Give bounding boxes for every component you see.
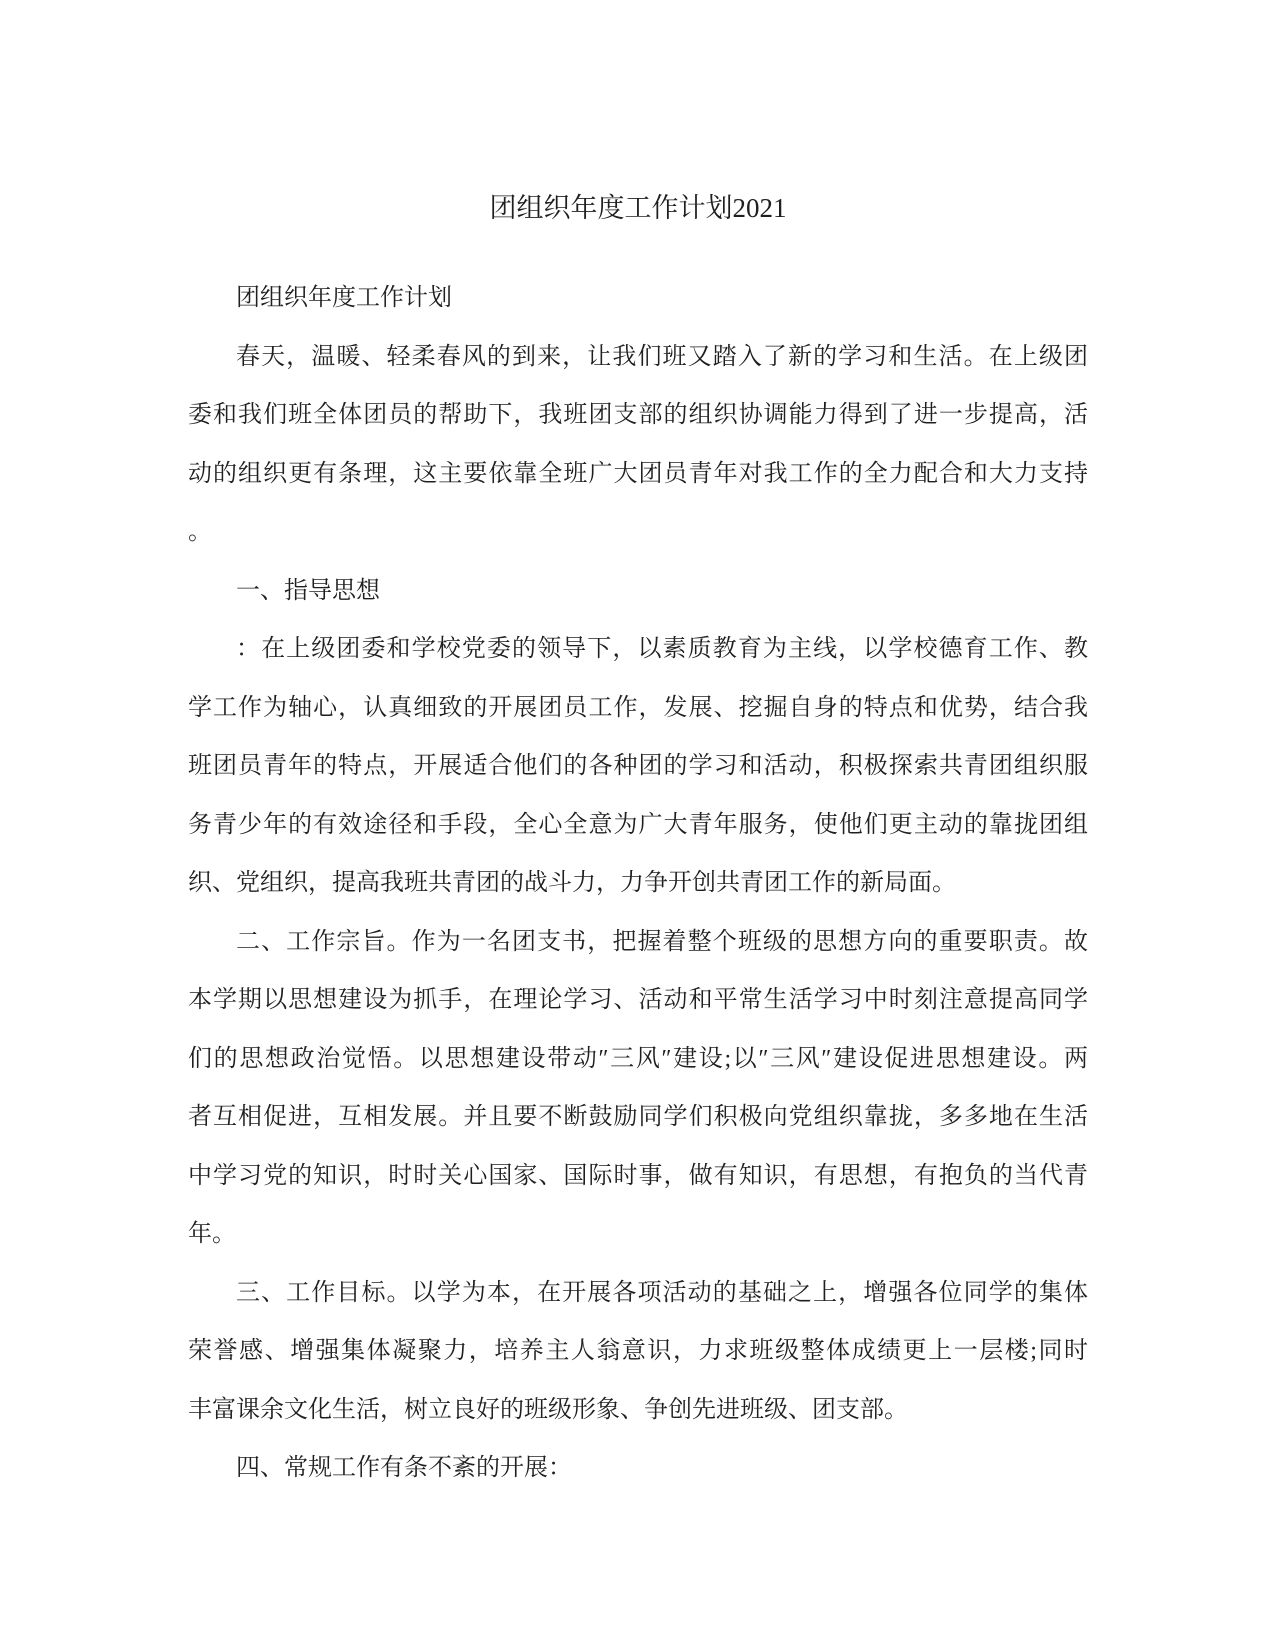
- paragraph: 三、工作目标。以学为本，在开展各项活动的基础之上，增强各位同学的集体荣誉感、增强…: [188, 1264, 1088, 1440]
- paragraph: 四、常规工作有条不紊的开展：: [188, 1439, 1088, 1498]
- text-line: 委和我们班全体团员的帮助下，我班团支部的组织协调能力得到了进一步提高，活: [188, 386, 1088, 445]
- paragraph: 春天，温暖、轻柔春风的到来，让我们班又踏入了新的学习和生活。在上级团委和我们班全…: [188, 328, 1088, 562]
- text-line: 二、工作宗旨。作为一名团支书，把握着整个班级的思想方向的重要职责。故: [188, 913, 1088, 972]
- paragraph: 一、指导思想: [188, 562, 1088, 621]
- text-line: 者互相促进，互相发展。并且要不断鼓励同学们积极向党组织靠拢，多多地在生活: [188, 1088, 1088, 1147]
- text-line: 。: [188, 503, 1088, 562]
- document-body: 团组织年度工作计划春天，温暖、轻柔春风的到来，让我们班又踏入了新的学习和生活。在…: [188, 269, 1088, 1498]
- document-title: 团组织年度工作计划2021: [188, 179, 1088, 237]
- text-line: 年。: [188, 1205, 1088, 1264]
- text-line: ：在上级团委和学校党委的领导下，以素质教育为主线，以学校德育工作、教: [188, 620, 1088, 679]
- text-line: 班团员青年的特点，开展适合他们的各种团的学习和活动，积极探索共青团组织服: [188, 737, 1088, 796]
- text-line: 丰富课余文化生活，树立良好的班级形象、争创先进班级、团支部。: [188, 1381, 1088, 1440]
- text-line: 团组织年度工作计划: [188, 269, 1088, 328]
- text-line: 学工作为轴心，认真细致的开展团员工作，发展、挖掘自身的特点和优势，结合我: [188, 679, 1088, 738]
- paragraph: ：在上级团委和学校党委的领导下，以素质教育为主线，以学校德育工作、教学工作为轴心…: [188, 620, 1088, 913]
- document-page: 团组织年度工作计划2021 团组织年度工作计划春天，温暖、轻柔春风的到来，让我们…: [0, 0, 1275, 1650]
- text-line: 本学期以思想建设为抓手，在理论学习、活动和平常生活学习中时刻注意提高同学: [188, 971, 1088, 1030]
- text-line: 动的组织更有条理，这主要依靠全班广大团员青年对我工作的全力配合和大力支持: [188, 445, 1088, 504]
- text-line: 们的思想政治觉悟。以思想建设带动″三风″建设;以″三风″建设促进思想建设。两: [188, 1030, 1088, 1089]
- text-line: 三、工作目标。以学为本，在开展各项活动的基础之上，增强各位同学的集体: [188, 1264, 1088, 1323]
- paragraph: 二、工作宗旨。作为一名团支书，把握着整个班级的思想方向的重要职责。故本学期以思想…: [188, 913, 1088, 1264]
- text-line: 织、党组织，提高我班共青团的战斗力，力争开创共青团工作的新局面。: [188, 854, 1088, 913]
- text-line: 一、指导思想: [188, 562, 1088, 621]
- text-line: 中学习党的知识，时时关心国家、国际时事，做有知识，有思想，有抱负的当代青: [188, 1147, 1088, 1206]
- text-line: 荣誉感、增强集体凝聚力，培养主人翁意识，力求班级整体成绩更上一层楼;同时: [188, 1322, 1088, 1381]
- document-content: 团组织年度工作计划2021 团组织年度工作计划春天，温暖、轻柔春风的到来，让我们…: [188, 179, 1088, 1498]
- text-line: 春天，温暖、轻柔春风的到来，让我们班又踏入了新的学习和生活。在上级团: [188, 328, 1088, 387]
- paragraph: 团组织年度工作计划: [188, 269, 1088, 328]
- text-line: 务青少年的有效途径和手段，全心全意为广大青年服务，使他们更主动的靠拢团组: [188, 796, 1088, 855]
- text-line: 四、常规工作有条不紊的开展：: [188, 1439, 1088, 1498]
